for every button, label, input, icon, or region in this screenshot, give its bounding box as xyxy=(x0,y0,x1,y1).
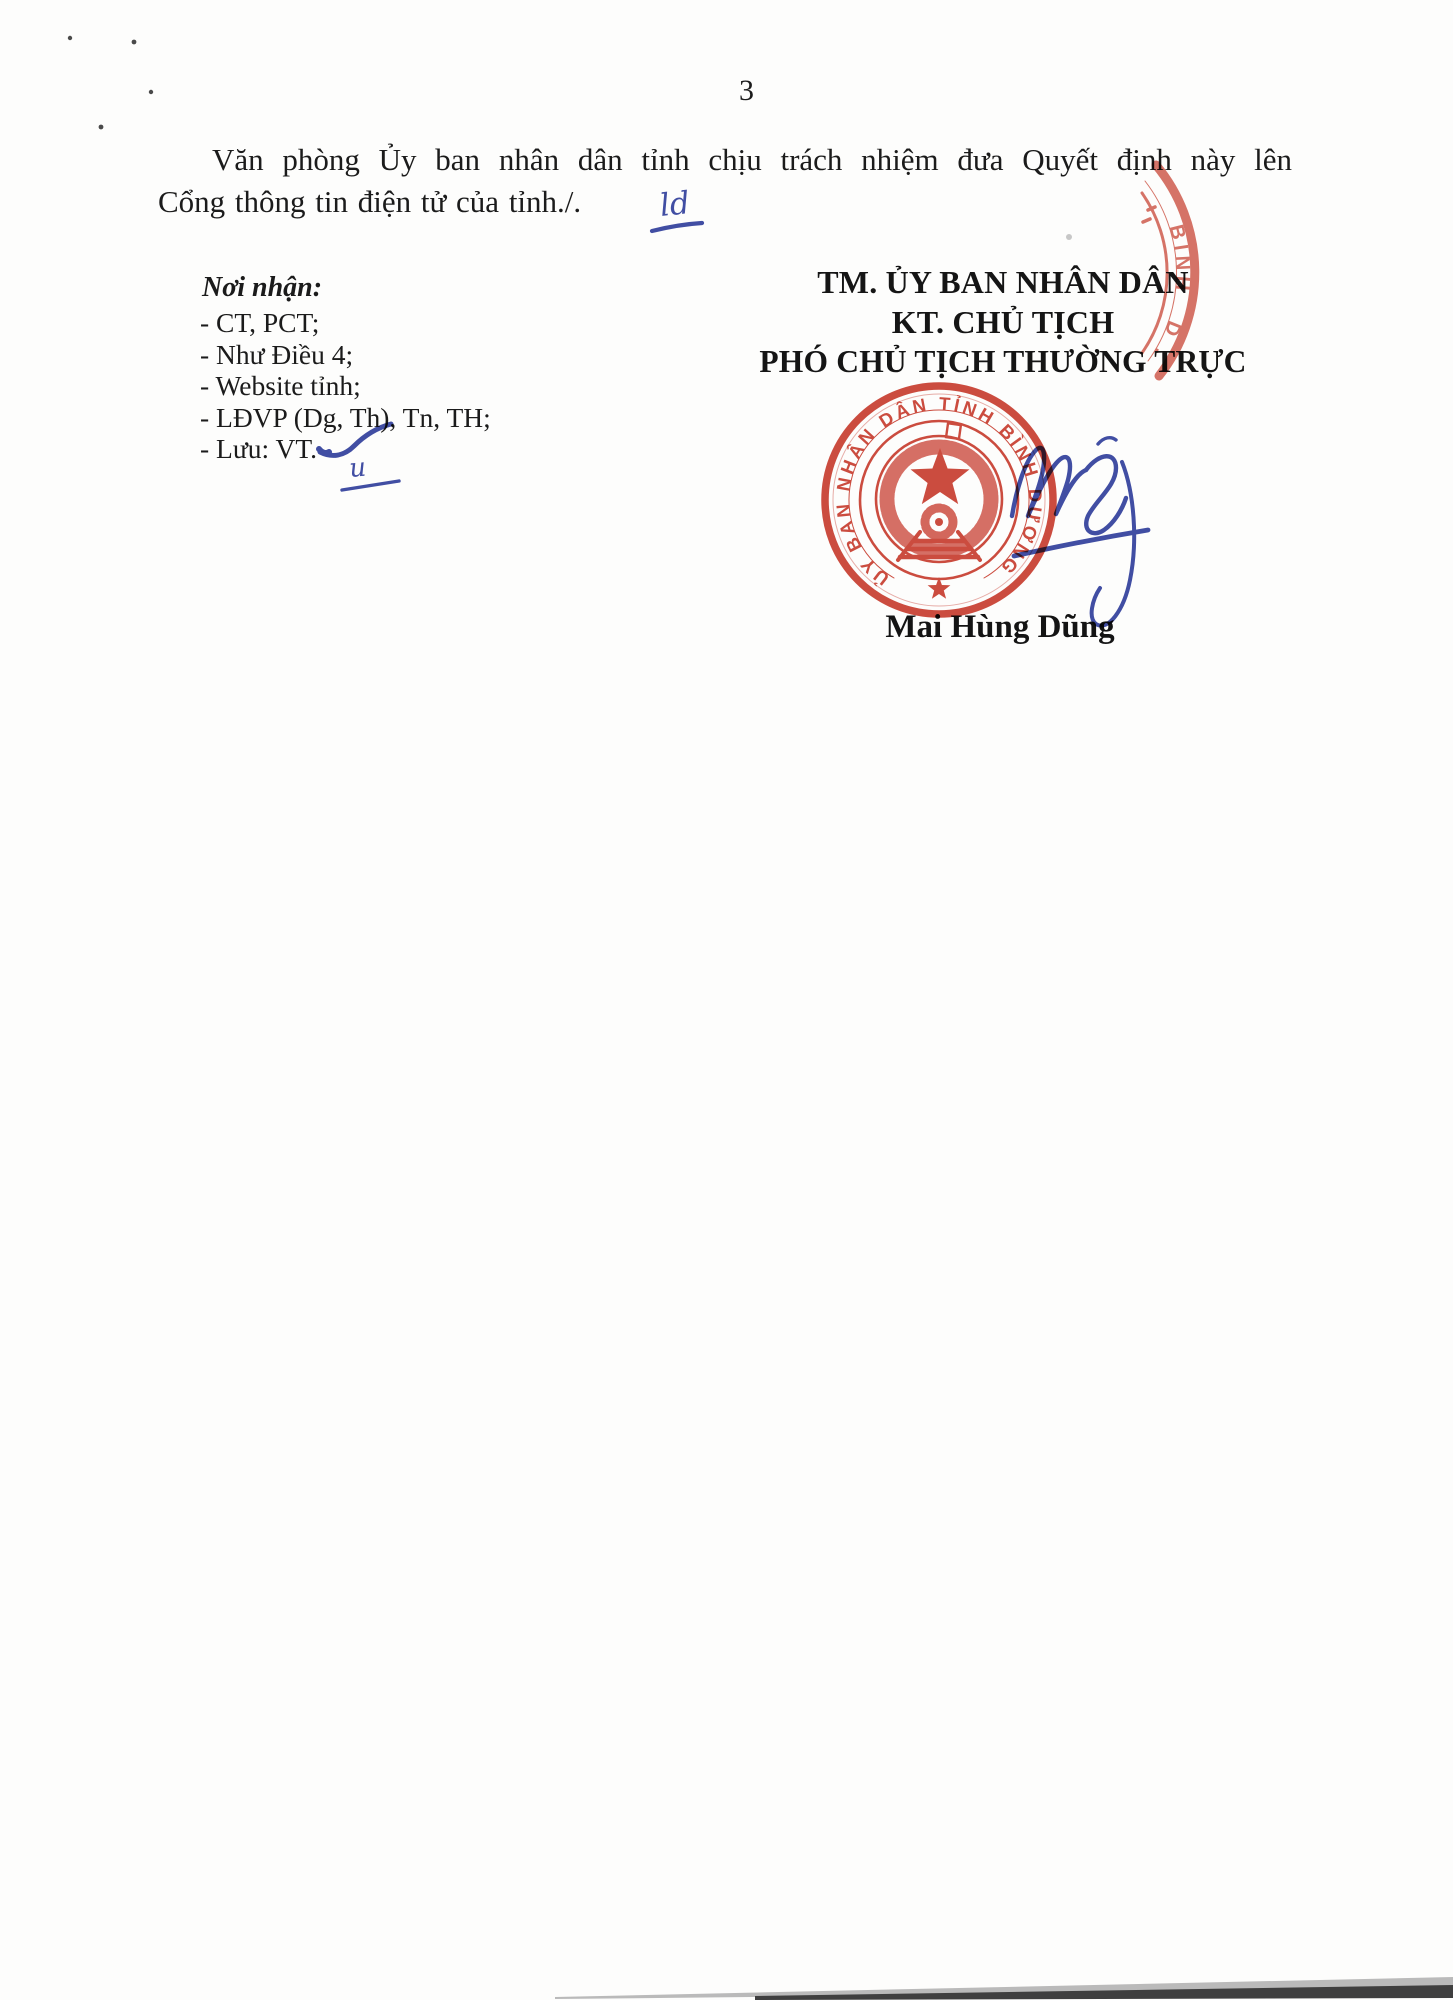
scan-bottom-edge xyxy=(555,1977,1453,2000)
recipients-heading: Nơi nhận: xyxy=(202,271,491,305)
emblem-wreath-ring xyxy=(887,447,991,551)
signature-underline xyxy=(1014,530,1148,556)
authority-line1: TM. ỦY BAN NHÂN DÂN xyxy=(756,263,1250,303)
official-seal: ỦY BAN NHÂN DÂN TỈNH BÌNH DƯƠNG xyxy=(825,386,1053,614)
emblem-pedestal xyxy=(900,541,978,557)
emblem-star-icon xyxy=(911,448,970,504)
recipient-item: - Như Điều 4; xyxy=(200,339,491,371)
signature-ink xyxy=(1012,438,1148,626)
body-paragraph-line2: Cổng thông tin điện tử của tỉnh./. xyxy=(158,181,581,223)
initial-ld: ld xyxy=(658,185,691,224)
emblem-cogwheel xyxy=(925,508,953,536)
initial-ld-underline xyxy=(652,223,702,231)
seal-outer-ring xyxy=(825,386,1053,614)
seal-outer-ring-inner-edge xyxy=(833,394,1045,606)
recipient-item: - Lưu: VT. xyxy=(200,433,491,465)
signer-name: Mai Hùng Dũng xyxy=(765,609,1235,646)
recipients-list: - CT, PCT; - Như Điều 4; - Website tỉnh;… xyxy=(200,307,491,465)
signature-authority-block: TM. ỦY BAN NHÂN DÂN KT. CHỦ TỊCH PHÓ CHỦ… xyxy=(756,263,1250,382)
recipient-item: - Website tỉnh; xyxy=(200,370,491,402)
emblem-border xyxy=(876,436,1002,562)
page-number: 3 xyxy=(739,74,754,108)
svg-text:ỦY BAN NHÂN DÂN TỈNH BÌNH DƯƠN: ỦY BAN NHÂN DÂN TỈNH BÌNH DƯƠNG xyxy=(832,393,1047,590)
initial-u-underline xyxy=(342,481,399,490)
emblem-cogwheel-hub xyxy=(935,518,943,526)
fragment-tick-marks xyxy=(1143,207,1155,222)
authority-line3: PHÓ CHỦ TỊCH THƯỜNG TRỰC xyxy=(756,342,1250,382)
recipient-item: - CT, PCT; xyxy=(200,307,491,339)
emblem-top-ornament xyxy=(946,423,961,439)
recipients-block: Nơi nhận: - CT, PCT; - Như Điều 4; - Web… xyxy=(200,271,491,465)
body-paragraph-line1: Văn phòng Ủy ban nhân dân tỉnh chịu trác… xyxy=(158,139,1292,181)
seal-rim-star-icon xyxy=(928,577,951,599)
seal-rim-text: ỦY BAN NHÂN DÂN TỈNH BÌNH DƯƠNG xyxy=(832,393,1047,590)
seal-inner-ring xyxy=(860,421,1018,579)
recipient-item: - LĐVP (Dg, Th), Tn, TH; xyxy=(200,402,491,434)
authority-line2: KT. CHỦ TỊCH xyxy=(756,303,1250,343)
emblem-ribbons xyxy=(898,532,980,560)
document-page: 3 Văn phòng Ủy ban nhân dân tỉnh chịu tr… xyxy=(0,0,1453,2000)
